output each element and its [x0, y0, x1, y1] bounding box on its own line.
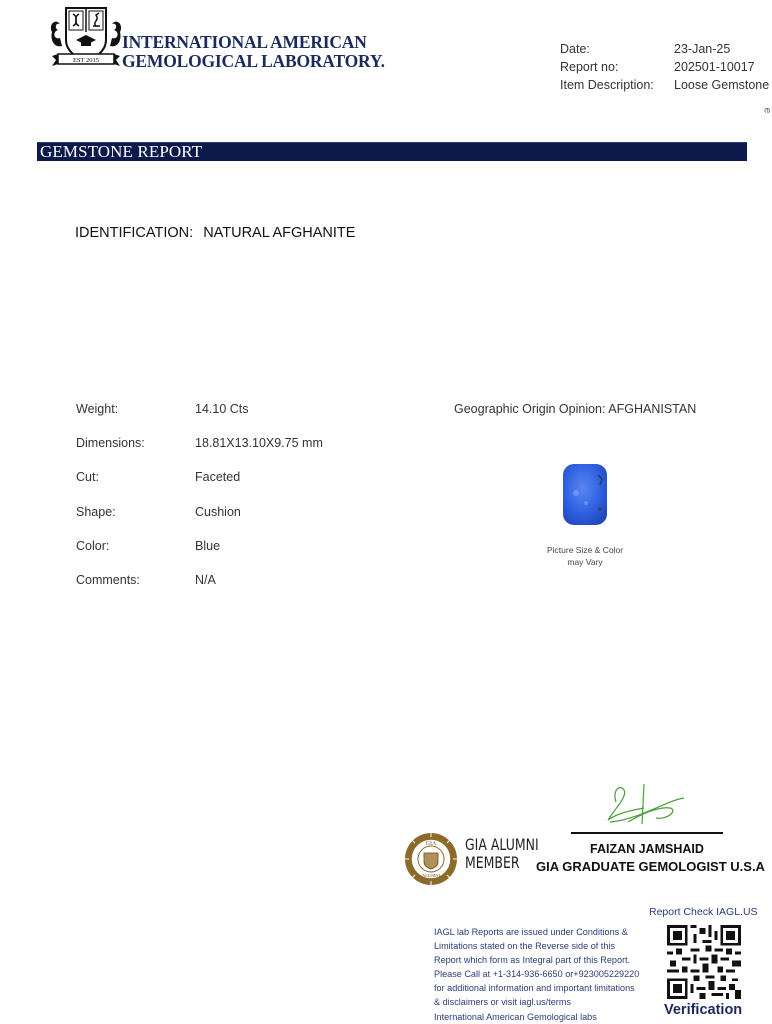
qr-code-icon[interactable]	[667, 925, 741, 999]
gia-alumni-seal-icon: GIA ALUMNI	[403, 831, 459, 887]
meta-row-item-description: Item Description: Loose Gemstone	[560, 76, 769, 94]
weight-value: 14.10 Cts	[195, 401, 249, 435]
disclaimer-line: for additional information and important…	[434, 981, 664, 995]
report-no-label: Report no:	[560, 58, 674, 76]
caption-line2: may Vary	[530, 556, 640, 568]
property-row-comments: Comments: N/A	[76, 572, 323, 606]
gem-properties: Weight: 14.10 Cts Dimensions: 18.81X13.1…	[76, 401, 323, 606]
report-check-label: Report Check IAGL.US	[649, 906, 758, 918]
report-meta: Date: 23-Jan-25 Report no: 202501-10017 …	[560, 40, 769, 94]
svg-text:ALUMNI: ALUMNI	[422, 873, 440, 878]
identification-label: IDENTIFICATION:	[75, 225, 193, 241]
disclaimer-line: IAGL lab Reports are issued under Condit…	[434, 925, 664, 939]
signer-title: GIA GRADUATE GEMOLOGIST U.S.A	[536, 859, 765, 874]
dimensions-value: 18.81X13.10X9.75 mm	[195, 435, 323, 469]
disclaimer-text: IAGL lab Reports are issued under Condit…	[434, 925, 664, 1024]
cut-value: Faceted	[195, 469, 240, 503]
report-title-bar: GEMSTONE REPORT	[37, 142, 747, 161]
gia-line1: GIA ALUMNI	[465, 836, 539, 854]
shape-label: Shape:	[76, 504, 195, 538]
disclaimer-line: Limitations stated on the Reverse side o…	[434, 939, 664, 953]
property-row-weight: Weight: 14.10 Cts	[76, 401, 323, 435]
disclaimer-line: International American Gemological labs	[434, 1010, 664, 1024]
color-value: Blue	[195, 538, 220, 572]
comments-label: Comments:	[76, 572, 195, 606]
geographic-origin: Geographic Origin Opinion: AFGHANISTAN	[454, 402, 696, 416]
gia-line2: MEMBER	[465, 854, 539, 872]
item-description-value: Loose Gemstone	[674, 76, 769, 94]
gem-image-caption: Picture Size & Color may Vary	[530, 544, 640, 568]
crest-shield-icon: EST 2015	[48, 2, 124, 70]
report-title: GEMSTONE REPORT	[40, 142, 202, 161]
meta-row-date: Date: 23-Jan-25	[560, 40, 769, 58]
org-name-line1: INTERNATIONAL AMERICAN	[122, 33, 385, 52]
caption-line1: Picture Size & Color	[530, 544, 640, 556]
svg-text:EST 2015: EST 2015	[73, 57, 99, 64]
report-no-value: 202501-10017	[674, 58, 755, 76]
property-row-shape: Shape: Cushion	[76, 504, 323, 538]
cut-label: Cut:	[76, 469, 195, 503]
stray-glyph: e	[761, 108, 772, 114]
meta-row-report-no: Report no: 202501-10017	[560, 58, 769, 76]
color-label: Color:	[76, 538, 195, 572]
property-row-cut: Cut: Faceted	[76, 469, 323, 503]
date-value: 23-Jan-25	[674, 40, 730, 58]
identification-value: NATURAL AFGHANITE	[203, 225, 355, 241]
dimensions-label: Dimensions:	[76, 435, 195, 469]
gemstone-photo-icon	[562, 463, 608, 526]
identification: IDENTIFICATION: NATURAL AFGHANITE	[75, 225, 355, 241]
date-label: Date:	[560, 40, 674, 58]
signature-icon	[598, 780, 688, 830]
verification-label: Verification	[664, 1002, 742, 1018]
org-name-line2: GEMOLOGICAL LABORATORY.	[122, 52, 385, 71]
item-description-label: Item Description:	[560, 76, 674, 94]
disclaimer-line: Report which form as Integral part of th…	[434, 953, 664, 967]
weight-label: Weight:	[76, 401, 195, 435]
svg-text:GIA: GIA	[426, 841, 437, 847]
disclaimer-line: Please Call at +1-314-936-6650 or+923005…	[434, 967, 664, 981]
organization-name: INTERNATIONAL AMERICAN GEMOLOGICAL LABOR…	[122, 33, 385, 71]
property-row-dimensions: Dimensions: 18.81X13.10X9.75 mm	[76, 435, 323, 469]
disclaimer-line: & disclaimers or visit iagl.us/terms	[434, 995, 664, 1009]
property-row-color: Color: Blue	[76, 538, 323, 572]
signer-name: FAIZAN JAMSHAID	[590, 842, 704, 856]
signature-line	[571, 832, 723, 834]
shape-value: Cushion	[195, 504, 241, 538]
comments-value: N/A	[195, 572, 216, 606]
gia-alumni-member-text: GIA ALUMNI MEMBER	[465, 836, 539, 872]
